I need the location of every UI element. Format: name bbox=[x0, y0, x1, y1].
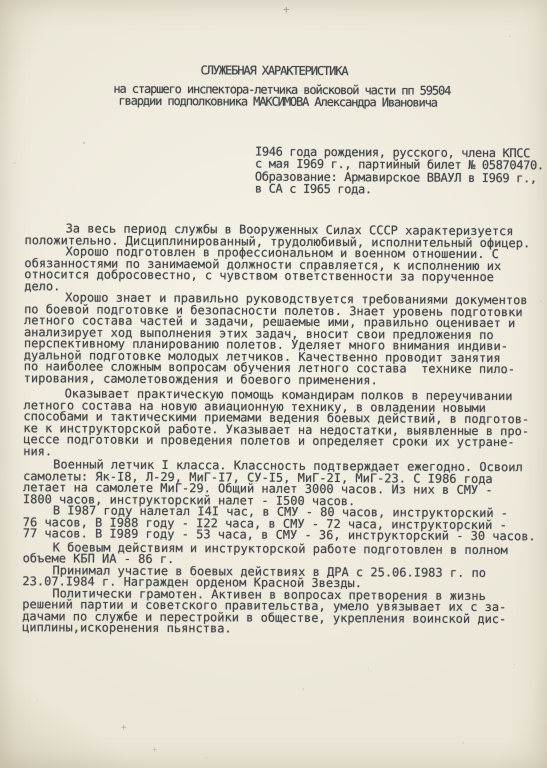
paragraph: Военный летчик I класса. Классность подт… bbox=[23, 459, 539, 508]
text-line: цессе подготовки и проведения полетов и … bbox=[23, 434, 539, 449]
document-body: За весь период службы в Вооруженных Сила… bbox=[22, 223, 540, 637]
document-page: + + + СЛУЖЕБНАЯ ХАРАКТЕРИСТИКА на старше… bbox=[0, 0, 547, 768]
text-line: относится добросовестно, с чувством отве… bbox=[24, 269, 540, 284]
document-subtitle-line: гвардии подполковника МАКСИМОВА Александ… bbox=[118, 95, 546, 110]
paragraph: Политически грамотен. Активен в вопросах… bbox=[22, 588, 538, 637]
paragraph: Хорошо знает и правильно руководствуется… bbox=[24, 292, 541, 387]
document-title: СЛУЖЕБНАЯ ХАРАКТЕРИСТИКА bbox=[201, 64, 547, 79]
document-header: СЛУЖЕБНАЯ ХАРАКТЕРИСТИКА на старшего инс… bbox=[0, 63, 547, 110]
scanned-text-layer: СЛУЖЕБНАЯ ХАРАКТЕРИСТИКА на старшего инс… bbox=[0, 0, 547, 768]
paragraph: Хорошо подготовлен в профессиональном и … bbox=[24, 246, 540, 295]
paragraph: Оказывает практическую помощь командирам… bbox=[23, 388, 539, 460]
paragraph: В I987 году налетал I4I час, в СМУ - 80 … bbox=[23, 505, 539, 543]
personal-info-block: I946 года рождения, русского, члена КПСС… bbox=[255, 146, 544, 197]
